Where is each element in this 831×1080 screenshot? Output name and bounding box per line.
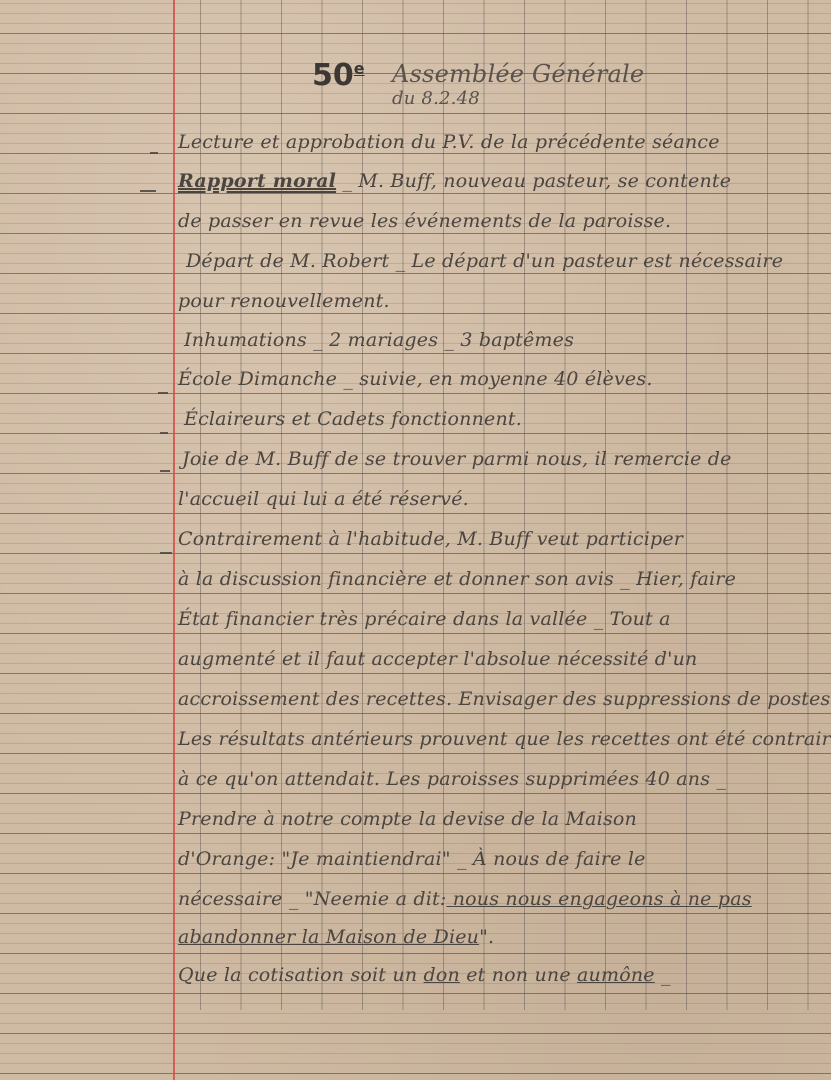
minutes-line: abandonner la Maison de Dieu". [178,926,494,948]
minutes-line: Rapport moral _ M. Buff, nouveau pasteur… [178,170,731,192]
margin-dash [160,432,168,434]
underlined-word-don: don [424,964,460,986]
minutes-line: Joie de M. Buff de se trouver parmi nous… [182,448,732,470]
minutes-line: accroissement des recettes. Envisager de… [178,688,831,710]
minutes-line: d'Orange: "Je maintiendrai" _ À nous de … [178,848,646,870]
margin-dash [160,552,172,554]
red-margin-line [173,0,175,1080]
minutes-line: Départ de M. Robert _ Le départ d'un pas… [186,250,783,272]
minutes-line: Inhumations _ 2 mariages _ 3 baptêmes [184,329,574,351]
page-title: Assemblée Générale [392,60,644,88]
minutes-line: augmenté et il faut accepter l'absolue n… [178,648,697,670]
meeting-date: du 8.2.48 [392,88,480,109]
minutes-line: Prendre à notre compte la devise de la M… [178,808,637,830]
margin-dash [140,190,156,192]
minutes-line: Que la cotisation soit un don et non une… [178,964,671,986]
margin-dash [158,392,168,394]
minutes-line: Les résultats antérieurs prouvent que le… [178,728,831,750]
minutes-line: Contrairement à l'habitude, M. Buff veut… [178,528,683,550]
underlined-word-aumone: aumône [577,964,655,986]
margin-dash [160,470,170,472]
minutes-line: l'accueil qui lui a été réservé. [178,488,469,510]
underlined-quote: nous nous engageons à ne pas [446,888,751,910]
minutes-line: État financier très précaire dans la val… [178,608,671,630]
minutes-line: Lecture et approbation du P.V. de la pré… [178,131,720,153]
section-heading-rapport-moral: Rapport moral [178,170,336,192]
minutes-line: pour renouvellement. [178,290,390,312]
underlined-quote: abandonner la Maison de Dieu [178,926,479,948]
minutes-line: nécessaire _ "Neemie a dit: nous nous en… [178,888,752,910]
assembly-number: 50e [312,58,365,93]
minutes-line: Éclaireurs et Cadets fonctionnent. [184,408,522,430]
notebook-page: 50e Assemblée Générale du 8.2.48 Lecture… [0,0,831,1080]
minutes-line: de passer en revue les événements de la … [178,210,671,232]
minutes-line: École Dimanche _ suivie, en moyenne 40 é… [178,368,653,390]
minutes-line: à la discussion financière et donner son… [178,568,736,590]
margin-dash [150,152,158,154]
minutes-line: à ce qu'on attendait. Les paroisses supp… [178,768,726,790]
